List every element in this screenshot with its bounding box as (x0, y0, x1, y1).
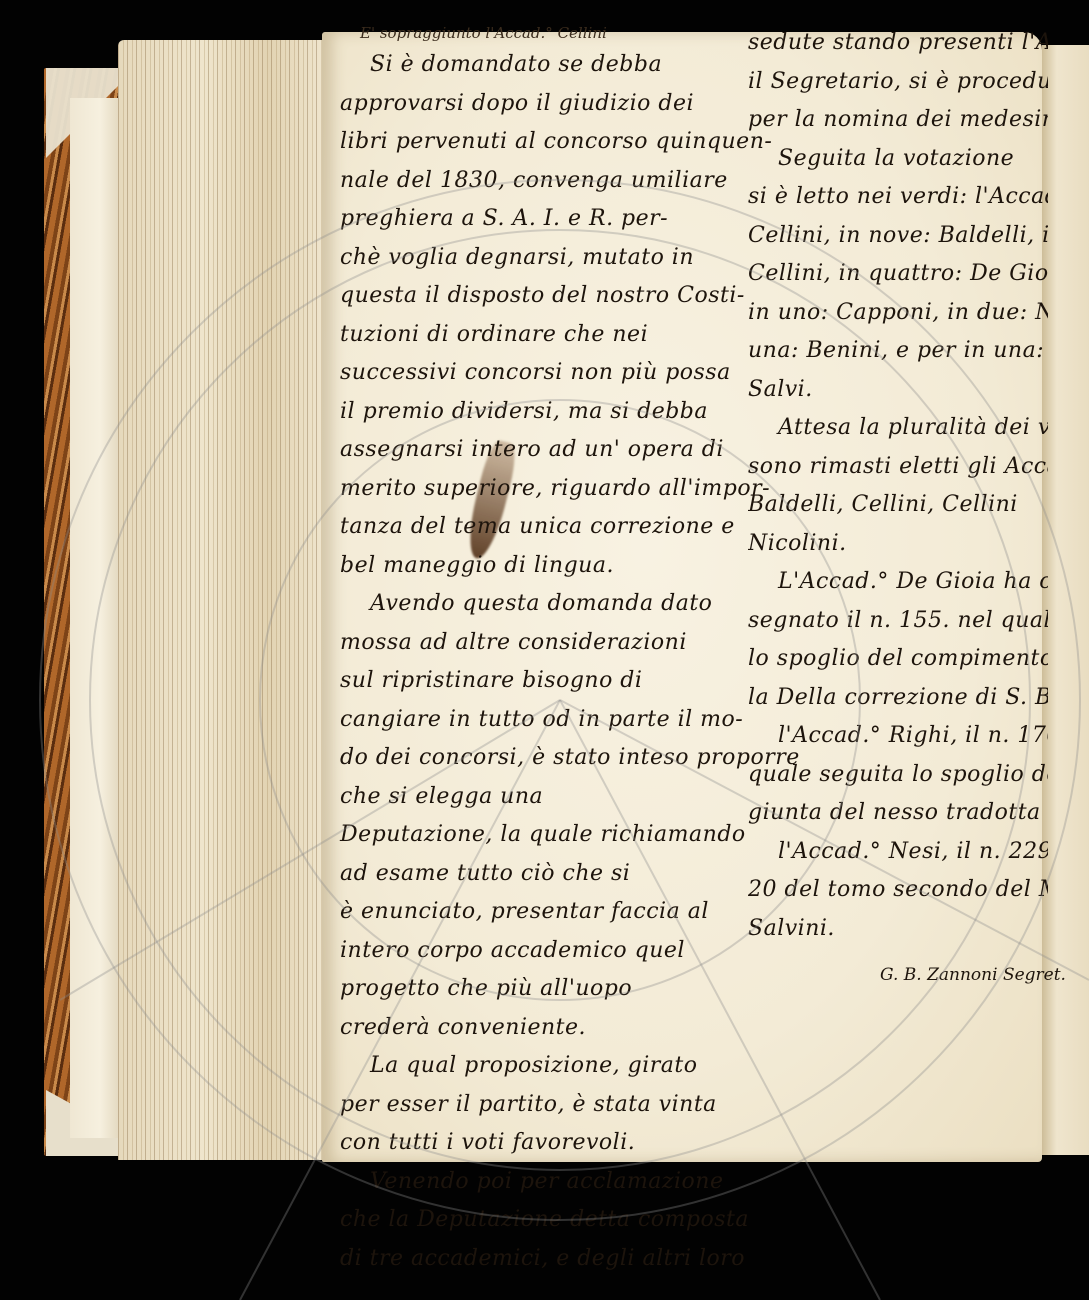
text-line: in uno: Capponi, in due: Nesi; (748, 294, 1048, 333)
text-line: una: Benini, e per in una: (748, 332, 1048, 371)
photo-background: E' sopraggiunto l'Accad.° Cellini Si è d… (0, 0, 1089, 1300)
text-line: tuzioni di ordinare che nei (340, 316, 740, 355)
text-line: l'Accad.° Nesi, il n. 229. (748, 833, 1048, 872)
text-line: quale seguita lo spoglio della con- (748, 756, 1048, 795)
text-line: è enunciato, presentar faccia al (340, 893, 740, 932)
text-line: per la nomina dei medesimi. (748, 101, 1048, 140)
text-line: ad esame tutto ciò che si (340, 855, 740, 894)
text-line: Seguita la votazione (748, 140, 1048, 179)
text-line: bel maneggio di lingua. (340, 547, 740, 586)
text-line: Cellini, in nove: Baldelli, in (748, 217, 1048, 256)
text-line: nale del 1830, convenga umiliare (340, 162, 740, 201)
text-line: Deputazione, la quale richiamando (340, 816, 740, 855)
text-line: libri pervenuti al concorso quinquen- (340, 123, 740, 162)
text-line: segnato il n. 155. nel quale sopra (748, 602, 1048, 641)
text-line: la Della correzione di S. Bernardo, (748, 679, 1048, 718)
text-line: cangiare in tutto od in parte il mo- (340, 701, 740, 740)
text-line: Salvini. (748, 910, 1048, 949)
text-line: sono rimasti eletti gli Accademici (748, 448, 1048, 487)
header-note: E' sopraggiunto l'Accad.° Cellini (340, 20, 740, 46)
text-line: che si elegga una (340, 778, 740, 817)
text-line: approvarsi dopo il giudizio dei (340, 85, 740, 124)
text-line: questa il disposto del nostro Costi- (340, 277, 740, 316)
text-line: con tutti i voti favorevoli. (340, 1124, 740, 1163)
text-line: si è letto nei verdi: l'Accad. (748, 178, 1048, 217)
text-line: successivi concorsi non più possa (340, 354, 740, 393)
text-line: progetto che più all'uopo (340, 970, 740, 1009)
text-line: Cellini, in quattro: De Gioia, (748, 255, 1048, 294)
text-line: sul ripristinare bisogno di (340, 662, 740, 701)
text-line: crederà conveniente. (340, 1009, 740, 1048)
text-line: preghiera a S. A. I. e R. per- (340, 200, 740, 239)
text-line: Salvi. (748, 371, 1048, 410)
text-line: di tre accademici, e degli altri loro (340, 1240, 740, 1279)
text-line: Avendo questa domanda dato (340, 585, 740, 624)
text-line: Venendo poi per acclamazione (340, 1163, 740, 1202)
text-line: do dei concorsi, è stato inteso proporre (340, 739, 740, 778)
text-line: Baldelli, Cellini, Cellini (748, 486, 1048, 525)
text-line: che la Deputazione detta composta (340, 1201, 740, 1240)
text-line: mossa ad altre considerazioni (340, 624, 740, 663)
endpaper (70, 98, 120, 1138)
text-line: 20 del tomo secondo del Motti di (748, 871, 1048, 910)
text-line: per esser il partito, è stata vinta (340, 1086, 740, 1125)
text-line: chè voglia degnarsi, mutato in (340, 239, 740, 278)
text-line: L'Accad.° De Gioia ha con- (748, 563, 1048, 602)
text-line: merito superiore, riguardo all'impor- (340, 470, 740, 509)
text-line: Si è domandato se debba (340, 46, 740, 85)
text-line: assegnarsi intero ad un' opera di (340, 431, 740, 470)
text-line: tanza del tema unica correzione e (340, 508, 740, 547)
page-block-edges (118, 40, 333, 1160)
text-line: il premio dividersi, ma si debba (340, 393, 740, 432)
text-line: il Segretario, si è proceduto il giorno (748, 63, 1048, 102)
secretary-signature: G. B. Zannoni Segret. (880, 965, 1066, 985)
text-line: Attesa la pluralità dei voti (748, 409, 1048, 448)
right-text-column: sedute stando presenti l'Accademia il Se… (748, 14, 1048, 948)
text-line: giunta del nesso tradotta dal (748, 794, 1048, 833)
text-line: lo spoglio del compimento de' (748, 640, 1048, 679)
left-text-column: E' sopraggiunto l'Accad.° Cellini Si è d… (340, 12, 740, 1278)
text-line: sedute stando presenti l'Accademia (748, 24, 1048, 63)
text-line: l'Accad.° Righi, il n. 170. nel (748, 717, 1048, 756)
text-line: La qual proposizione, girato (340, 1047, 740, 1086)
text-line: Nicolini. (748, 525, 1048, 564)
text-line: intero corpo accademico quel (340, 932, 740, 971)
